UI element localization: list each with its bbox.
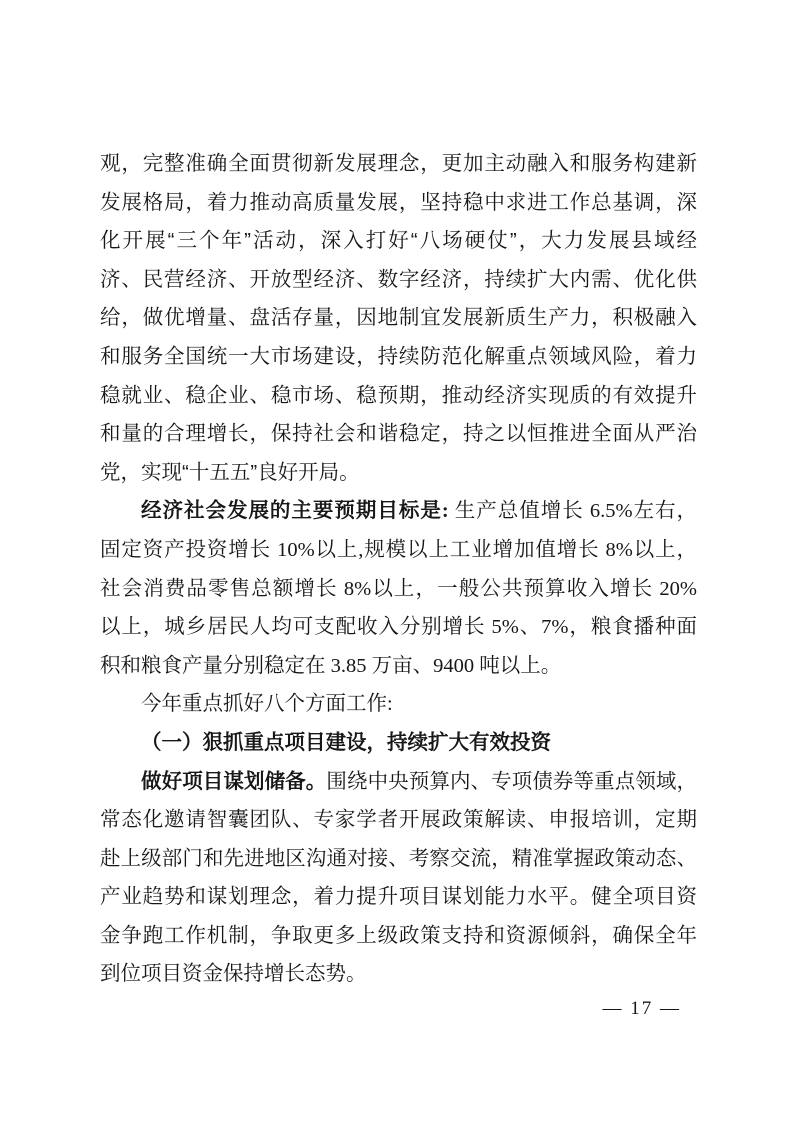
text-line: 稳就业、稳企业、稳市场、稳预期，推动经济实现质的有效提升 — [100, 377, 697, 416]
body-text: 到位项目资金保持增长态势。 — [100, 963, 367, 985]
body-text: 今年重点抓好八个方面工作: — [141, 693, 393, 715]
text-line: 今年重点抓好八个方面工作: — [100, 685, 697, 724]
body-text: 观，完整准确全面贯彻新发展理念，更加主动融入和服务构建新 — [100, 152, 697, 175]
body-text: 给，做优增量、盘活存量，因地制宜发展新质生产力，积极融入 — [100, 306, 697, 329]
body-text: 化开展“三个年”活动，深入打好“八场硬仗”，大力发展县域经 — [100, 229, 697, 252]
body-text: 积和粮食产量分别稳定在 3.85 万亩、9400 吨以上。 — [100, 655, 561, 677]
document-page: 观，完整准确全面贯彻新发展理念，更加主动融入和服务构建新发展格局，着力推动高质量… — [0, 0, 793, 1122]
text-line: 和服务全国统一大市场建设，持续防范化解重点领域风险，着力 — [100, 338, 697, 377]
body-text: 济、民营经济、开放型经济、数字经济，持续扩大内需、优化供 — [100, 268, 697, 291]
text-line: 积和粮食产量分别稳定在 3.85 万亩、9400 吨以上。 — [100, 647, 697, 686]
text-line: 和量的合理增长，保持社会和谐稳定，持之以恒推进全面从严治 — [100, 415, 697, 454]
body-text: 产业趋势和谋划理念，着力提升项目谋划能力水平。健全项目资 — [100, 886, 697, 908]
text-line: 党，实现“十五五”良好开局。 — [100, 454, 697, 493]
paragraph-work-areas-intro: 今年重点抓好八个方面工作: — [100, 685, 697, 724]
paragraph-overview-continuation: 观，完整准确全面贯彻新发展理念，更加主动融入和服务构建新发展格局，着力推动高质量… — [100, 145, 697, 492]
body-text: 和服务全国统一大市场建设，持续防范化解重点领域风险，着力 — [100, 345, 697, 368]
body-text: 生产总值增长 6.5%左右， — [449, 500, 697, 522]
text-line: 金争跑工作机制，争取更多上级政策支持和资源倾斜，确保全年 — [100, 917, 697, 956]
body-text: 金争跑工作机制，争取更多上级政策支持和资源倾斜，确保全年 — [100, 925, 697, 947]
body-text: 围绕中央预算内、专项债券等重点领域， — [326, 771, 697, 793]
text-line: 给，做优增量、盘活存量，因地制宜发展新质生产力，积极融入 — [100, 299, 697, 338]
text-line: 社会消费品零售总额增长 8%以上，一般公共预算收入增长 20% — [100, 570, 697, 609]
bold-lead-text: 做好项目谋划储备。 — [141, 771, 326, 793]
body-text: 常态化邀请智囊团队、专家学者开展政策解读、申报培训，定期 — [100, 809, 697, 831]
paragraph-section-1-heading: （一）狠抓重点项目建设，持续扩大有效投资 — [100, 724, 697, 763]
body-text: 发展格局，着力推动高质量发展，坚持稳中求进工作总基调，深 — [100, 191, 697, 214]
body-text: 党，实现“十五五”良好开局。 — [100, 461, 360, 484]
document-body: 观，完整准确全面贯彻新发展理念，更加主动融入和服务构建新发展格局，着力推动高质量… — [100, 145, 697, 994]
text-line: 经济社会发展的主要预期目标是: 生产总值增长 6.5%左右， — [100, 492, 697, 531]
text-line: 常态化邀请智囊团队、专家学者开展政策解读、申报培训，定期 — [100, 801, 697, 840]
body-text: 固定资产投资增长 10%以上,规模以上工业增加值增长 8%以上， — [100, 539, 697, 561]
text-line: （一）狠抓重点项目建设，持续扩大有效投资 — [100, 724, 697, 763]
paragraph-targets: 经济社会发展的主要预期目标是: 生产总值增长 6.5%左右，固定资产投资增长 1… — [100, 492, 697, 685]
body-text: 以上，城乡居民人均可支配收入分别增长 5%、7%，粮食播种面 — [100, 616, 697, 638]
text-line: 以上，城乡居民人均可支配收入分别增长 5%、7%，粮食播种面 — [100, 608, 697, 647]
text-line: 固定资产投资增长 10%以上,规模以上工业增加值增长 8%以上， — [100, 531, 697, 570]
bold-lead-text: 经济社会发展的主要预期目标是: — [141, 500, 449, 522]
text-line: 产业趋势和谋划理念，着力提升项目谋划能力水平。健全项目资 — [100, 878, 697, 917]
text-line: 做好项目谋划储备。围绕中央预算内、专项债券等重点领域， — [100, 763, 697, 802]
text-line: 赴上级部门和先进地区沟通对接、考察交流，精准掌握政策动态、 — [100, 840, 697, 879]
text-line: 化开展“三个年”活动，深入打好“八场硬仗”，大力发展县域经 — [100, 222, 697, 261]
text-line: 观，完整准确全面贯彻新发展理念，更加主动融入和服务构建新 — [100, 145, 697, 184]
page-number: — 17 — — [603, 998, 682, 1020]
body-text: 社会消费品零售总额增长 8%以上，一般公共预算收入增长 20% — [100, 578, 697, 600]
body-text: 和量的合理增长，保持社会和谐稳定，持之以恒推进全面从严治 — [100, 422, 697, 445]
body-text: 稳就业、稳企业、稳市场、稳预期，推动经济实现质的有效提升 — [100, 384, 697, 407]
text-line: 到位项目资金保持增长态势。 — [100, 955, 697, 994]
paragraph-project-planning: 做好项目谋划储备。围绕中央预算内、专项债券等重点领域，常态化邀请智囊团队、专家学… — [100, 763, 697, 995]
bold-lead-text: （一）狠抓重点项目建设，持续扩大有效投资 — [141, 732, 551, 754]
text-line: 济、民营经济、开放型经济、数字经济，持续扩大内需、优化供 — [100, 261, 697, 300]
text-line: 发展格局，着力推动高质量发展，坚持稳中求进工作总基调，深 — [100, 184, 697, 223]
body-text: 赴上级部门和先进地区沟通对接、考察交流，精准掌握政策动态、 — [100, 848, 697, 870]
